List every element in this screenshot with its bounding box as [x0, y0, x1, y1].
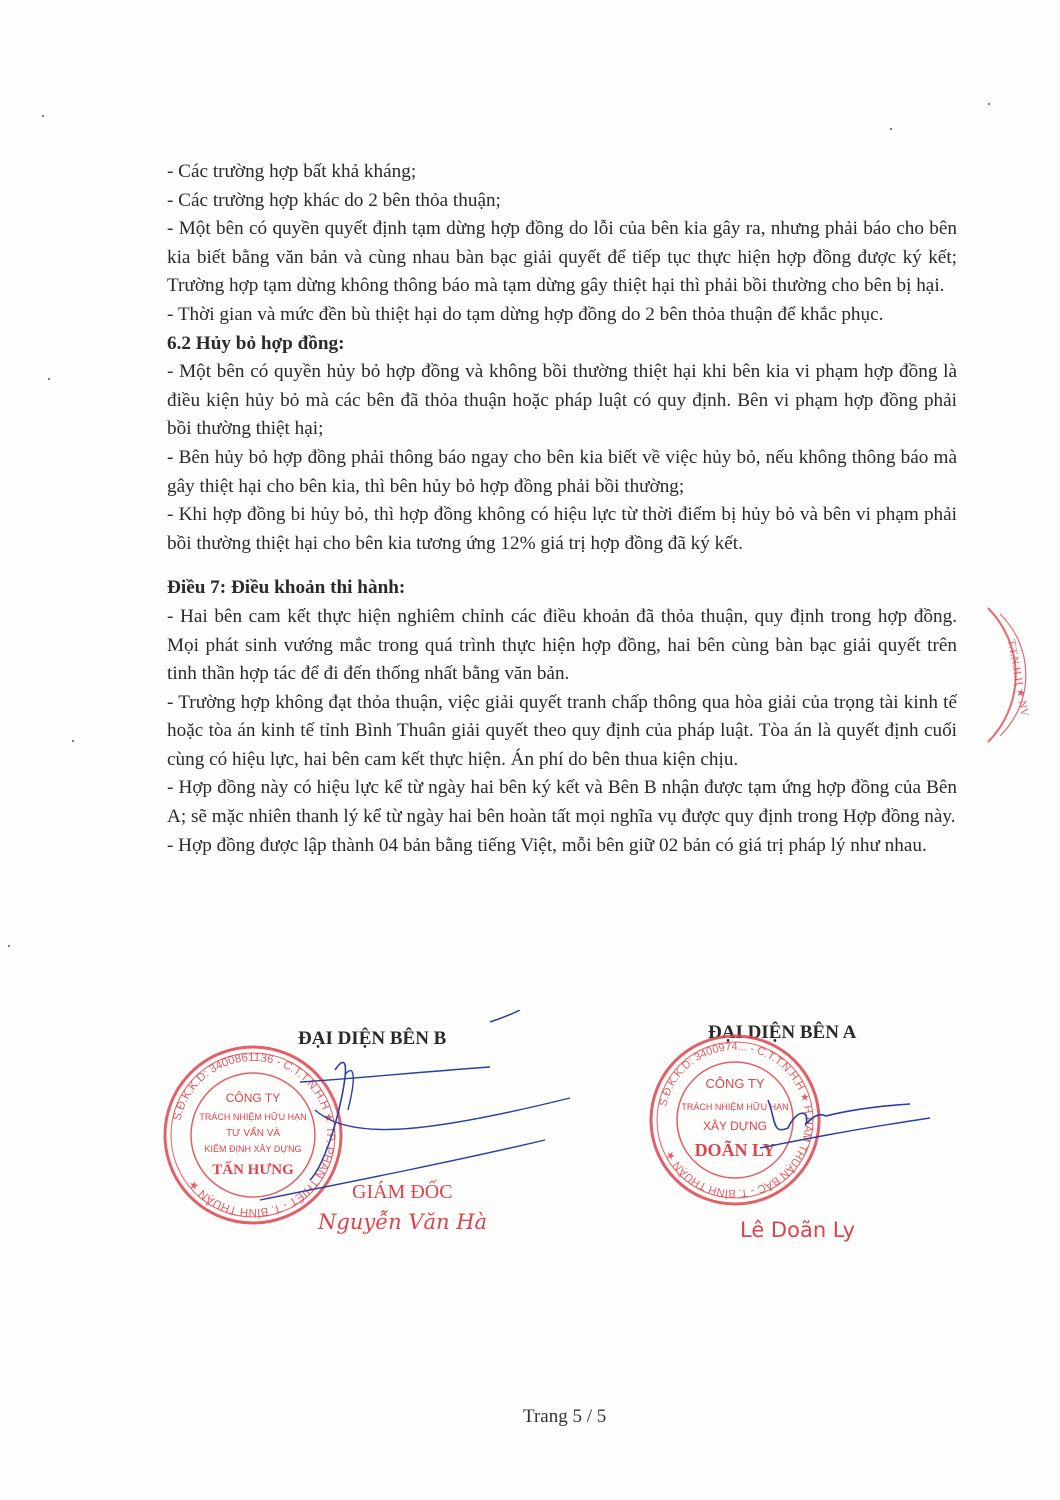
list-item: - Thời gian và mức đền bù thiệt hại do t…: [167, 301, 957, 330]
list-item: - Các trường hợp khác do 2 bên thỏa thuậ…: [167, 187, 957, 216]
seal-line: XÂY DỰNG: [703, 1118, 767, 1133]
party-b-position: GIÁM ĐỐC: [352, 1181, 453, 1204]
list-item: - Bên hủy bỏ hợp đồng phải thông báo nga…: [167, 444, 957, 501]
list-item: - Một bên có quyền hủy bỏ hợp đồng và kh…: [167, 358, 957, 444]
contract-body: - Các trường hợp bất khả kháng; - Các tr…: [167, 158, 957, 860]
party-b-signature-icon: [240, 1010, 600, 1210]
page-number: Trang 5 / 5: [523, 1406, 606, 1428]
list-item: - Hai bên cam kết thực hiện nghiêm chỉnh…: [167, 603, 957, 689]
party-a-signature-icon: [760, 1090, 940, 1170]
party-a-signer-name: Lê Doãn Ly: [740, 1218, 855, 1242]
section-heading-article-7: Điều 7: Điều khoản thi hành:: [167, 574, 957, 603]
side-stamp-icon: T.T.N.H.H ★ NV: [978, 600, 1060, 750]
seal-line: CÔNG TY: [706, 1076, 765, 1091]
document-page: - Các trường hợp bất khả kháng; - Các tr…: [0, 0, 1060, 1500]
side-stamp-text: T.T.N.H.H ★ NV: [1005, 638, 1030, 717]
section-heading-6-2: 6.2 Hủy bỏ hợp đồng:: [167, 330, 957, 359]
list-item: - Khi hợp đồng bi hủy bỏ, thì hợp đồng k…: [167, 501, 957, 558]
list-item: - Các trường hợp bất khả kháng;: [167, 158, 957, 187]
list-item: - Trường hợp không đạt thỏa thuận, việc …: [167, 689, 957, 775]
list-item: - Hợp đồng này có hiệu lực kể từ ngày ha…: [167, 774, 957, 831]
party-b-signer-name: Nguyễn Văn Hà: [318, 1210, 487, 1234]
list-item: - Hợp đồng được lập thành 04 bản bằng ti…: [167, 832, 957, 861]
list-item: - Một bên có quyền quyết định tạm dừng h…: [167, 215, 957, 301]
